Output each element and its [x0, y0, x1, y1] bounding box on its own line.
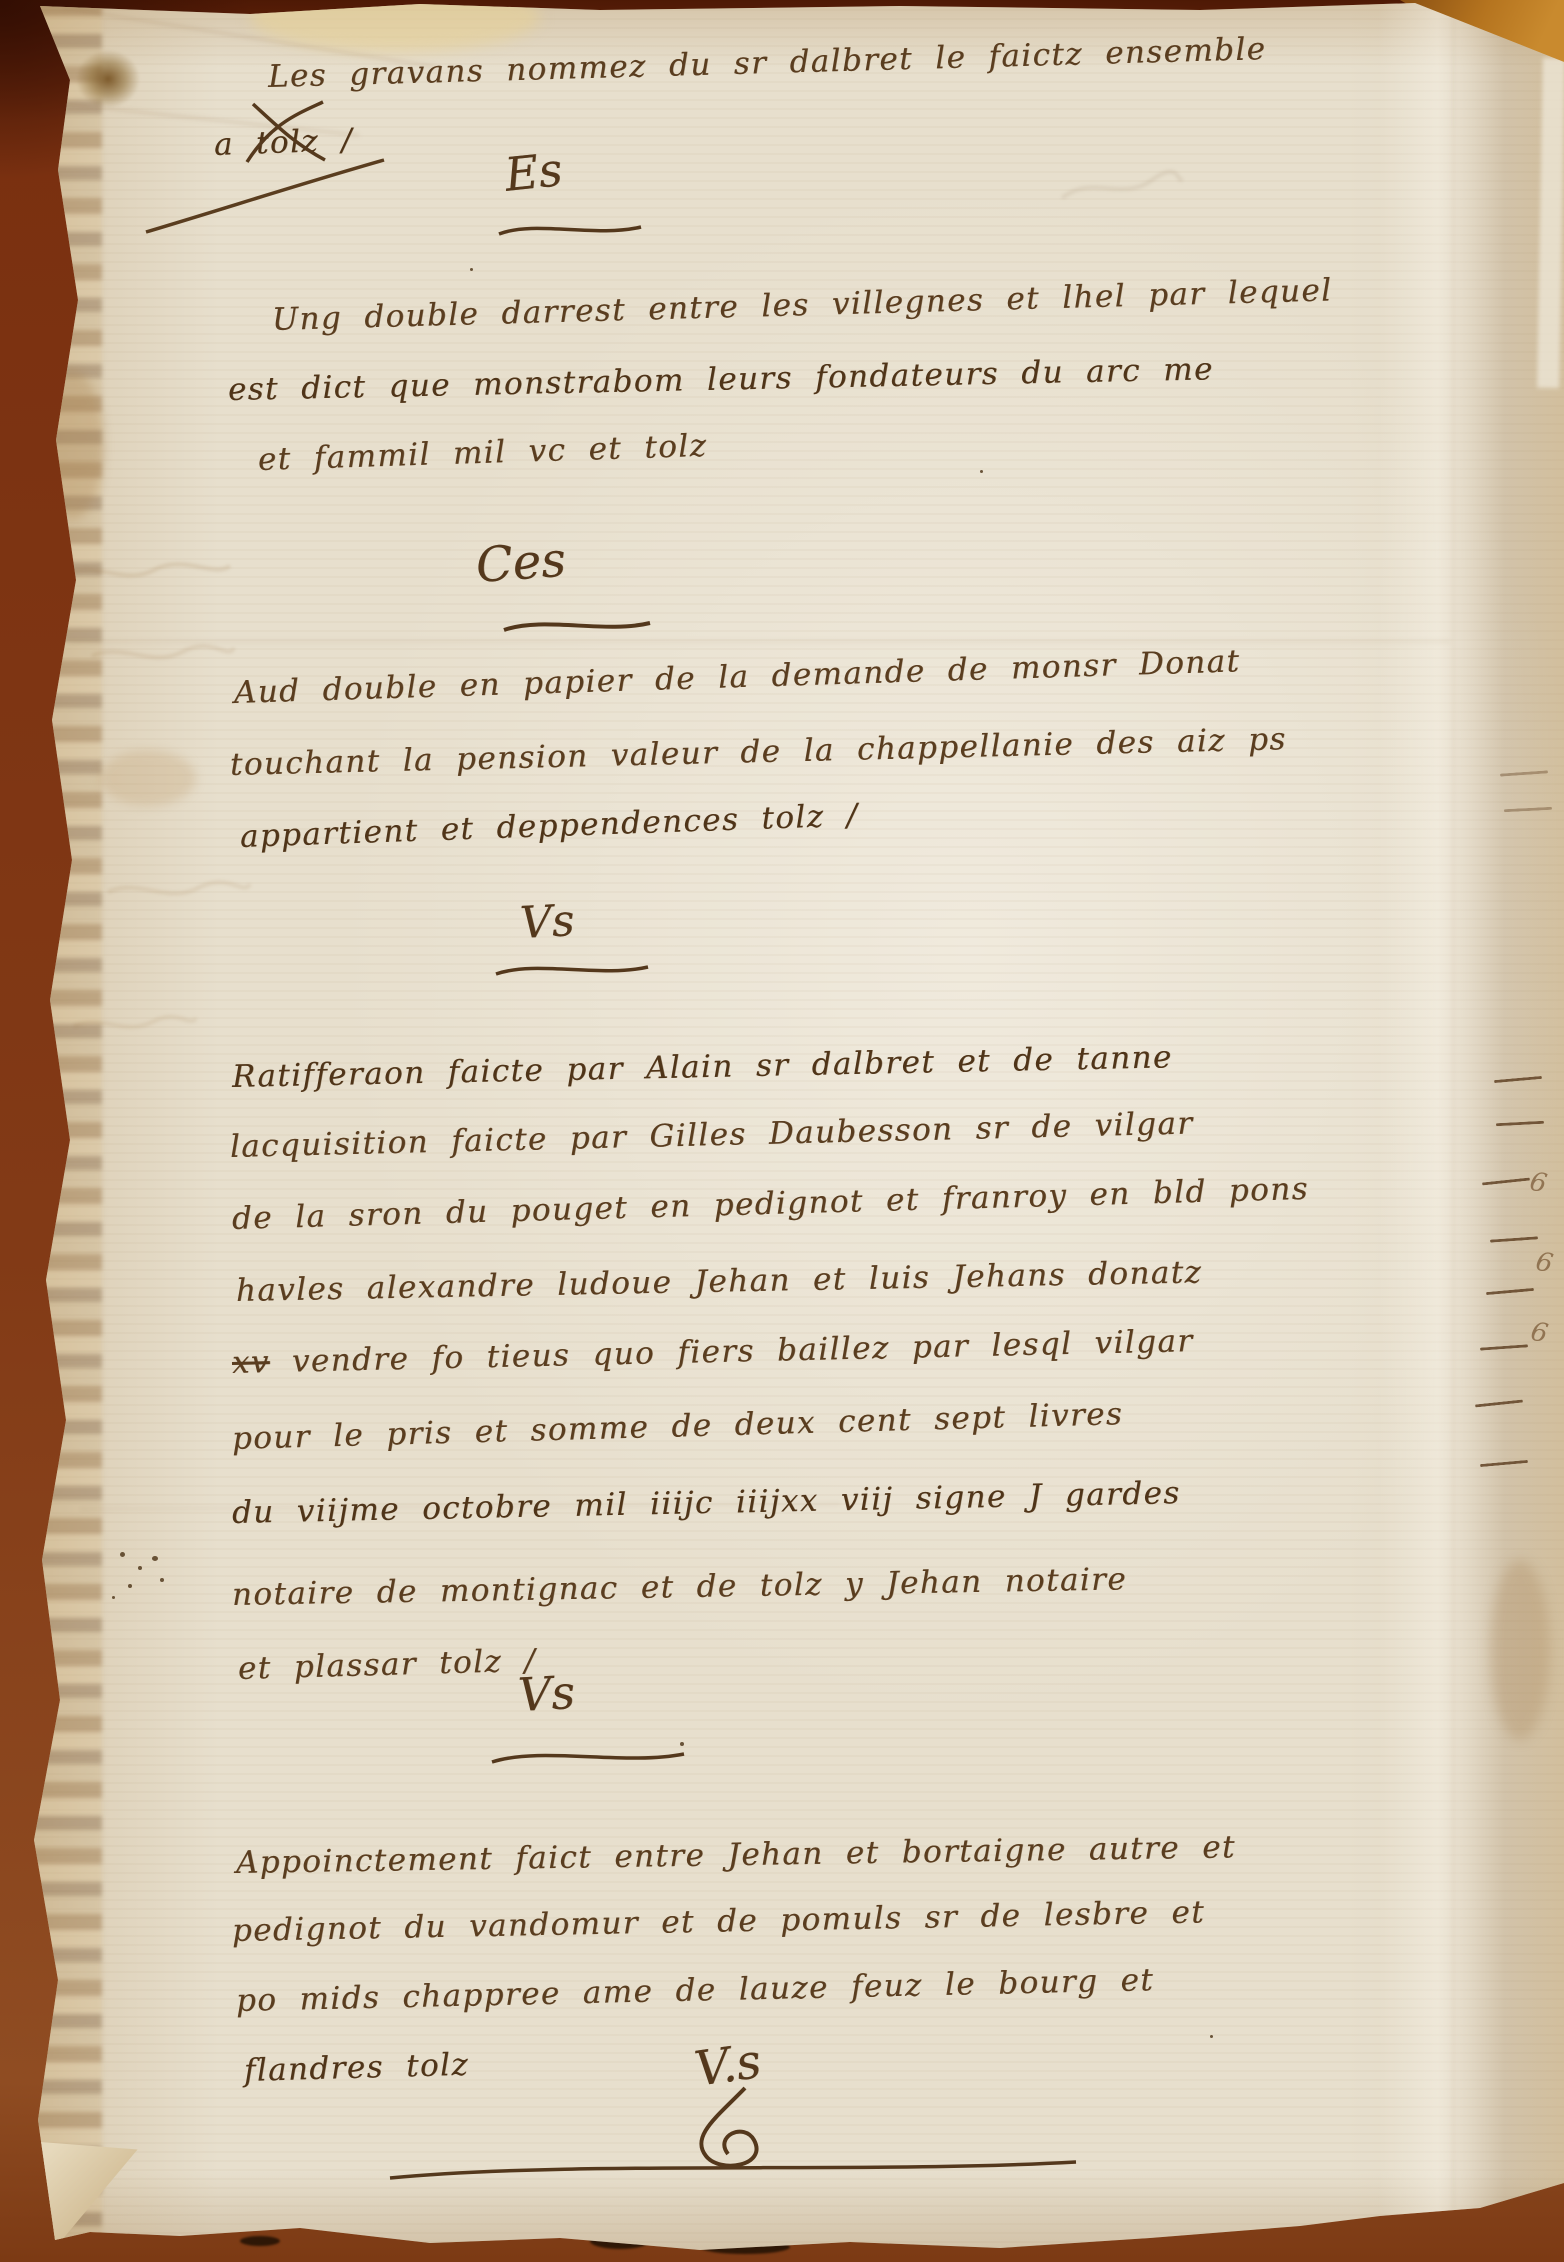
handwriting-line: notaire de montignac et de tolz y Jehan …: [232, 1562, 1128, 1613]
ink-speck: [470, 268, 473, 271]
photographed-manuscript-scene: Les gravans nommez du sr dalbret le faic…: [0, 0, 1564, 2262]
handwriting-line: Appoinctement faict entre Jehan et borta…: [236, 1830, 1236, 1881]
stain-right-edge: [1490, 1560, 1550, 1740]
ink-speck: [1210, 2035, 1213, 2038]
handwriting-line: flandres tolz: [244, 2048, 470, 2090]
handwriting-line: est dict que monstrabom leurs fondateurs…: [228, 352, 1214, 408]
handwriting-line: havles alexandre ludoue Jehan et luis Je…: [236, 1255, 1203, 1309]
crease-line: [1452, 0, 1455, 2262]
swash-underline: [492, 962, 652, 982]
handwriting-line: et fammil mil vc et tolz: [257, 429, 707, 479]
ink-speck: [138, 1566, 142, 1570]
page-curvature-shading: [1378, 0, 1564, 2262]
crease-line: [70, 640, 1450, 643]
final-flourish: [560, 2082, 1090, 2192]
handwriting-line: lacquisition faicte par Gilles Daubesson…: [230, 1106, 1194, 1165]
ink-speck: [680, 1742, 684, 1746]
tail-stroke: [140, 150, 390, 240]
handwriting-line: po mids chappree ame de lauze feuz le bo…: [236, 1963, 1155, 2019]
handwriting-line: pedignot du vandomur et de pomuls sr de …: [232, 1895, 1206, 1949]
showthrough-ghost: [64, 552, 234, 592]
handwriting-line: du viijme octobre mil iiijc iiijxx viij …: [232, 1476, 1181, 1532]
swash-underline: [488, 1748, 688, 1770]
ink-speck: [128, 1584, 132, 1588]
showthrough-ghost: [70, 1006, 200, 1046]
handwriting-line: de la sron du pouget en pedignot et fran…: [232, 1172, 1310, 1238]
table-debris: [240, 2236, 280, 2246]
ink-speck: [120, 1552, 125, 1557]
fore-edge-highlight: [1537, 58, 1564, 388]
handwriting-line: pour le pris et somme de deux cent sept …: [232, 1397, 1124, 1458]
handwriting-line: xv vendre fo tieus quo fiers baillez par…: [232, 1324, 1194, 1381]
swash-underline: [495, 222, 645, 242]
paragraph-end-mark: Ces: [474, 532, 567, 594]
stain-mold-spot: [76, 50, 140, 108]
ink-speck: [152, 1556, 158, 1561]
showthrough-ghost: [1056, 158, 1186, 218]
stain-left-faint: [100, 750, 196, 806]
stain-left-edge: [40, 370, 104, 520]
ink-speck: [980, 470, 983, 473]
deckle-edge: [28, 0, 102, 2262]
paragraph-end-mark: Vs: [519, 895, 576, 949]
swash-underline: [500, 618, 655, 638]
handwriting-line: et plassar tolz /: [238, 1644, 537, 1688]
ink-speck: [160, 1578, 164, 1582]
ink-speck: [112, 1596, 115, 1599]
handwriting-text: vendre fo tieus quo fiers baillez par le…: [292, 1323, 1194, 1379]
struck-word: xv: [232, 1344, 271, 1381]
handwriting-line: Aud double en papier de la demande de mo…: [233, 644, 1240, 711]
handwriting-line: Ratifferaon faicte par Alain sr dalbret …: [232, 1040, 1173, 1095]
manuscript-page: Les gravans nommez du sr dalbret le faic…: [0, 0, 1564, 2262]
paragraph-end-mark: Vs: [517, 1665, 577, 1722]
showthrough-ghost: [88, 636, 238, 676]
handwriting-line: appartient et deppendences tolz /: [239, 798, 859, 855]
handwriting-line: Ung double darrest entre les villegnes e…: [272, 273, 1333, 338]
showthrough-ghost: [104, 872, 254, 912]
handwriting-line: touchant la pension valeur de la chappel…: [230, 722, 1288, 783]
paragraph-end-mark: Es: [502, 142, 565, 202]
